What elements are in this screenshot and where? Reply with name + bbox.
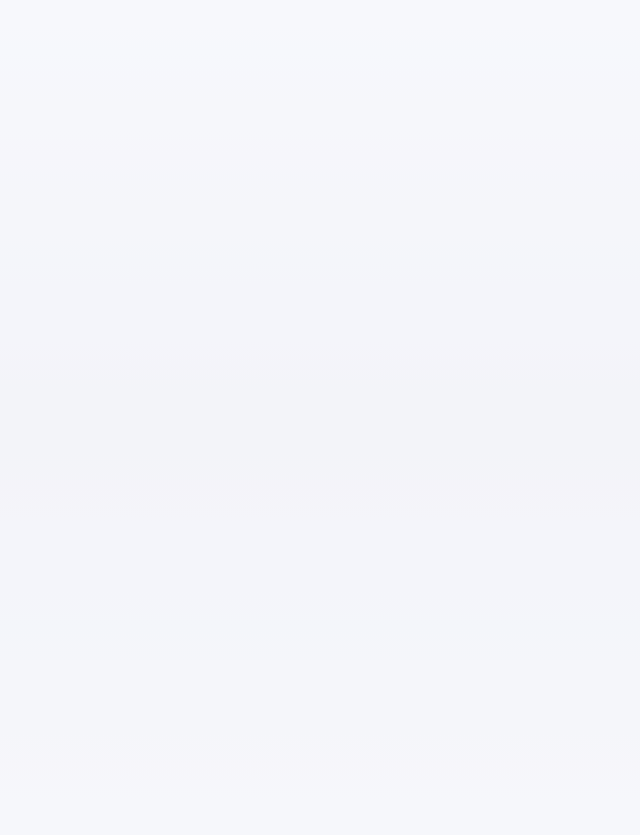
document-page (0, 0, 640, 835)
